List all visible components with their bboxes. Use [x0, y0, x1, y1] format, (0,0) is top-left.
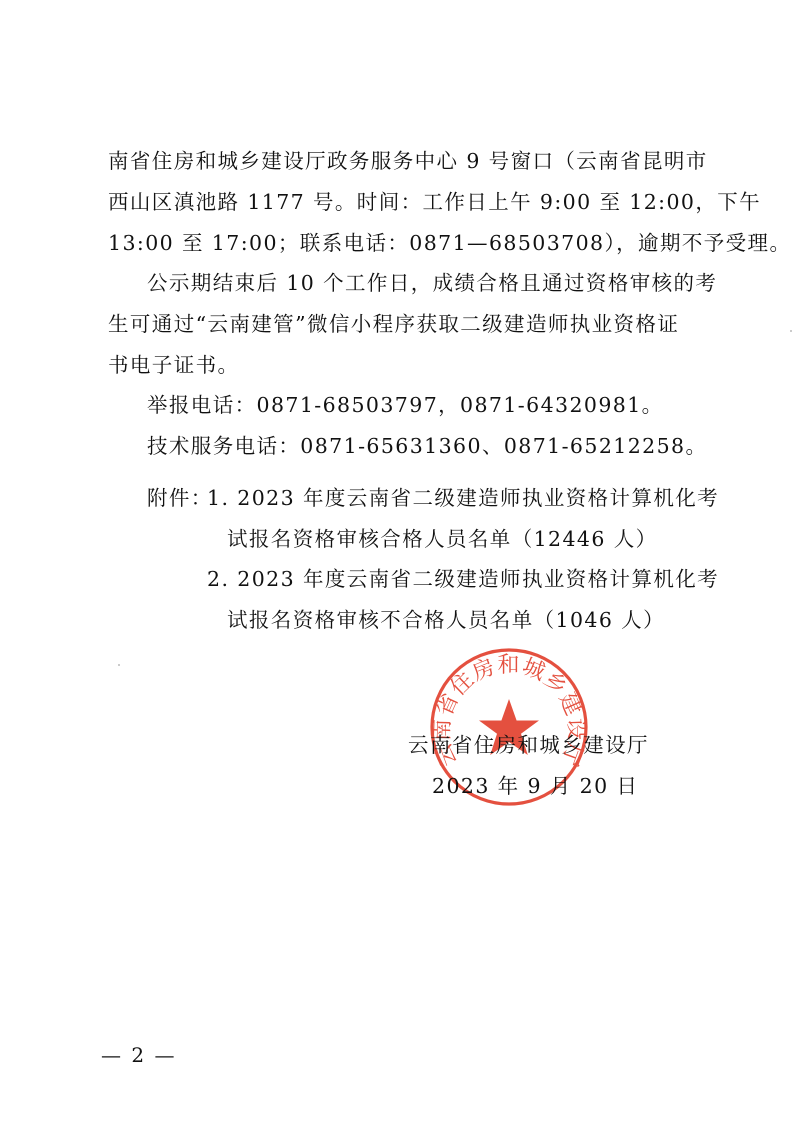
attachment-2-line-2[interactable]: 试报名资格审核不合格人员名单（1046 人） [227, 607, 665, 633]
document-page: 南省住房和城乡建设厅政务服务中心 9 号窗口（云南省昆明市 西山区滇池路 117… [0, 0, 793, 1121]
scan-speck [118, 664, 120, 666]
attachments-label: 附件： [147, 485, 213, 511]
body-line-6: 书电子证书。 [108, 352, 239, 378]
body-line-5: 生可通过“云南建管”微信小程序获取二级建造师执业资格证 [108, 311, 679, 337]
body-line-1: 南省住房和城乡建设厅政务服务中心 9 号窗口（云南省昆明市 [108, 148, 708, 174]
tech-service-phone-line: 技术服务电话：0871-65631360、0871-65212258。 [147, 433, 707, 459]
signing-date: 2023 年 9 月 20 日 [432, 773, 638, 799]
page-number: — 2 — [101, 1043, 176, 1067]
body-line-2: 西山区滇池路 1177 号。时间：工作日上午 9:00 至 12:00，下午 [108, 189, 761, 215]
attachment-1-line-1[interactable]: 1. 2023 年度云南省二级建造师执业资格计算机化考 [207, 485, 719, 511]
signing-organization: 云南省住房和城乡建设厅 [408, 732, 649, 758]
report-phone-line: 举报电话：0871-68503797，0871-64320981。 [147, 392, 664, 418]
scan-speck [790, 330, 792, 332]
attachment-1-line-2[interactable]: 试报名资格审核合格人员名单（12446 人） [227, 526, 658, 552]
body-line-3: 13:00 至 17:00；联系电话：0871—68503708），逾期不予受理… [108, 230, 791, 256]
body-line-4: 公示期结束后 10 个工作日，成绩合格且通过资格审核的考 [147, 270, 717, 296]
attachment-2-line-1[interactable]: 2. 2023 年度云南省二级建造师执业资格计算机化考 [207, 566, 719, 592]
